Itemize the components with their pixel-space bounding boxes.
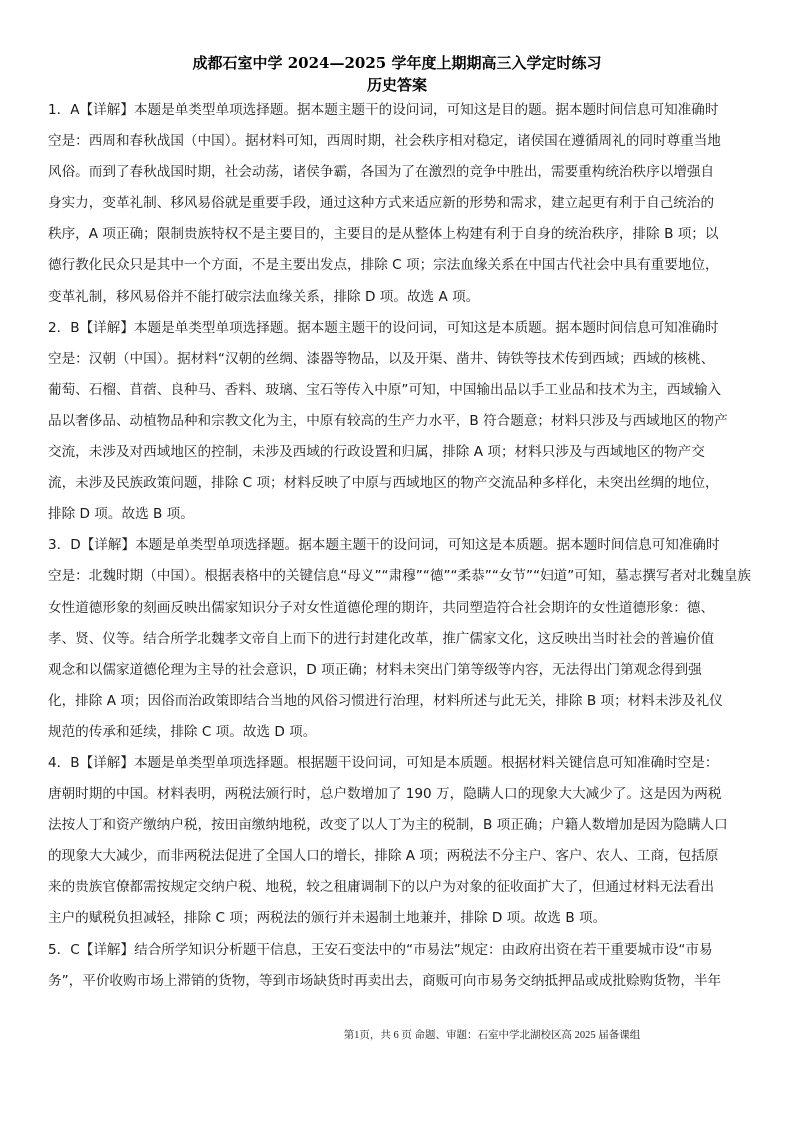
text-line: 风俗。而到了春秋战国时期，社会动荡，诸侯争霸，各国为了在激烈的竞争中胜出，需要重… (48, 161, 748, 192)
text-line: 秩序，A 项正确；限制贵族特权不是主要目的，主要目的是从整体上构建有利于自身的统… (48, 223, 748, 254)
text-line: 葡萄、石榴、苜蓿、良种马、香料、玻璃、宝石等传入中原”可知，中国输出品以手工业品… (48, 379, 748, 410)
text-line: 空是：汉朝（中国）。据材料“汉朝的丝绸、漆器等物品，以及开渠、凿井、铸铁等技术传… (48, 348, 748, 379)
text-line: 来的贵族官僚都需按规定交纳户税、地税，较之租庸调制下的以户为对象的征收面扩大了，… (48, 876, 748, 907)
text-line: 空是：西周和春秋战国（中国）。据材料可知，西周时期，社会秩序相对稳定，诸侯国在遵… (48, 130, 748, 161)
text-line: 女性道德形象的刻画反映出儒家知识分子对女性道德伦理的期许，共同塑造符合社会期许的… (48, 597, 748, 628)
text-line: 的现象大大减少，而非两税法促进了全国人口的增长，排除 A 项；两税法不分主户、客… (48, 845, 748, 876)
text-line: 3．D【详解】本题是单类型单项选择题。据本题主题干的设问词，可知这是本质题。据本… (48, 534, 748, 565)
text-line: 排除 D 项。故选 B 项。 (48, 503, 748, 534)
answer-2: 2．B【详解】本题是单类型单项选择题。据本题主题干的设问词，可知这是本质题。据本… (48, 317, 748, 535)
text-line: 1．A【详解】本题是单类型单项选择题。据本题主题干的设问词，可知这是目的题。据本… (48, 99, 748, 130)
document-subtitle: 历史答案 (0, 74, 794, 95)
text-line: 规范的传承和延续，排除 C 项。故选 D 项。 (48, 721, 748, 752)
answer-body: 1．A【详解】本题是单类型单项选择题。据本题主题干的设问词，可知这是目的题。据本… (48, 99, 748, 1001)
document-page: 成都石室中学 2024—2025 学年度上期期高三入学定时练习 历史答案 1．A… (0, 0, 794, 1123)
text-line: 德行教化民众只是其中一个方面，不是主要出发点，排除 C 项；宗法血缘关系在中国古… (48, 254, 748, 285)
text-line: 法按人丁和资产缴纳户税，按田亩缴纳地税，改变了以人丁为主的税制，B 项正确；户籍… (48, 814, 748, 845)
text-line: 4．B【详解】本题是单类型单项选择题。根据题干设问词，可知是本质题。根据材料关键… (48, 752, 748, 783)
text-line: 品以奢侈品、动植物品种和宗教文化为主，中原有较高的生产力水平，B 符合题意；材料… (48, 410, 748, 441)
text-line: 变革礼制，移风易俗并不能打破宗法血缘关系，排除 D 项。故选 A 项。 (48, 286, 748, 317)
answer-3: 3．D【详解】本题是单类型单项选择题。据本题主题干的设问词，可知这是本质题。据本… (48, 534, 748, 752)
text-line: 空是：北魏时期（中国）。根据表格中的关键信息“母义”“肃穆”“德”“柔恭”“女节… (48, 565, 748, 596)
text-line: 唐朝时期的中国。材料表明，两税法颁行时，总户数增加了 190 万，隐瞒人口的现象… (48, 783, 748, 814)
answer-4: 4．B【详解】本题是单类型单项选择题。根据题干设问词，可知是本质题。根据材料关键… (48, 752, 748, 939)
text-line: 5．C【详解】结合所学知识分析题干信息，王安石变法中的“市易法”规定：由政府出资… (48, 939, 748, 970)
answer-5: 5．C【详解】结合所学知识分析题干信息，王安石变法中的“市易法”规定：由政府出资… (48, 939, 748, 1001)
text-line: 观念和以儒家道德伦理为主导的社会意识，D 项正确；材料未突出门第等级等内容，无法… (48, 659, 748, 690)
answer-1: 1．A【详解】本题是单类型单项选择题。据本题主题干的设问词，可知这是目的题。据本… (48, 99, 748, 317)
text-line: 交流，未涉及对西域地区的控制，未涉及西域的行政设置和归属，排除 A 项；材料只涉… (48, 441, 748, 472)
page-footer: 第1页，共 6 页 命题、审题：石室中学北湖校区高 2025 届备课组 (0, 1027, 794, 1042)
text-line: 身实力，变革礼制、移风易俗就是重要手段，通过这种方式来适应新的形势和需求，建立起… (48, 192, 748, 223)
text-line: 孝、贤、仪等。结合所学北魏孝文帝自上而下的进行封建化改革，推广儒家文化，这反映出… (48, 628, 748, 659)
text-line: 化，排除 A 项；因俗而治政策即结合当地的风俗习惯进行治理，材料所述与此无关，排… (48, 690, 748, 721)
document-title: 成都石室中学 2024—2025 学年度上期期高三入学定时练习 (0, 52, 794, 73)
text-line: 主户的赋税负担减轻，排除 C 项；两税法的颁行并未遏制土地兼并，排除 D 项。故… (48, 907, 748, 938)
text-line: 2．B【详解】本题是单类型单项选择题。据本题主题干的设问词，可知这是本质题。据本… (48, 317, 748, 348)
text-line: 务”，平价收购市场上滞销的货物，等到市场缺货时再卖出去，商贩可向市易务交纳抵押品… (48, 970, 748, 1001)
text-line: 流，未涉及民族政策问题，排除 C 项；材料反映了中原与西域地区的物产交流品种多样… (48, 472, 748, 503)
